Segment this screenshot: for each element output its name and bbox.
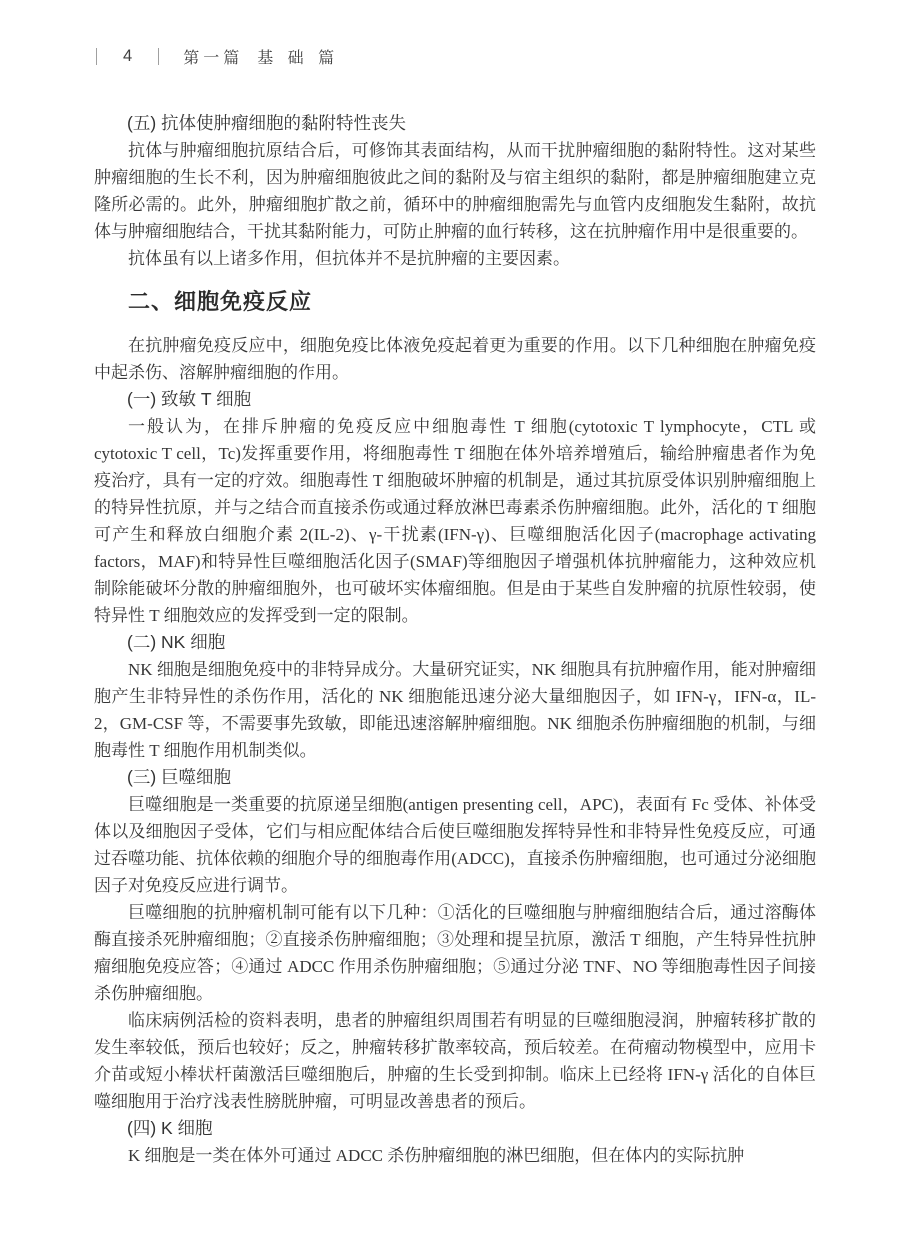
body-paragraph: 临床病例活检的资料表明，患者的肿瘤组织周围若有明显的巨噬细胞浸润，肿瘤转移扩散的… bbox=[94, 1007, 816, 1115]
page-number: 4 bbox=[123, 47, 132, 66]
body-paragraph: 抗体与肿瘤细胞抗原结合后，可修饰其表面结构，从而干扰肿瘤细胞的黏附特性。这对某些… bbox=[94, 137, 816, 245]
section-subheading-1-sensitized-t-cell: (一) 致敏 T 细胞 bbox=[94, 386, 816, 413]
page-content: (五) 抗体使肿瘤细胞的黏附特性丧失 抗体与肿瘤细胞抗原结合后，可修饰其表面结构… bbox=[94, 110, 816, 1169]
textbook-page: 4 第一篇 基 础 篇 (五) 抗体使肿瘤细胞的黏附特性丧失 抗体与肿瘤细胞抗原… bbox=[0, 0, 900, 1245]
part-label: 第一篇 bbox=[183, 45, 243, 68]
header-divider-left bbox=[96, 48, 97, 65]
body-paragraph: 巨噬细胞的抗肿瘤机制可能有以下几种：①活化的巨噬细胞与肿瘤细胞结合后，通过溶酶体… bbox=[94, 899, 816, 1007]
page-header: 4 第一篇 基 础 篇 bbox=[96, 46, 816, 66]
body-paragraph: K 细胞是一类在体外可通过 ADCC 杀伤肿瘤细胞的淋巴细胞，但在体内的实际抗肿 bbox=[94, 1142, 816, 1169]
header-divider-right bbox=[158, 48, 159, 65]
section-subheading-4-k-cell: (四) K 细胞 bbox=[94, 1115, 816, 1142]
body-paragraph: 巨噬细胞是一类重要的抗原递呈细胞(antigen presenting cell… bbox=[94, 791, 816, 899]
body-paragraph: 抗体虽有以上诸多作用，但抗体并不是抗肿瘤的主要因素。 bbox=[94, 245, 816, 272]
body-paragraph: NK 细胞是细胞免疫中的非特异成分。大量研究证实，NK 细胞具有抗肿瘤作用，能对… bbox=[94, 656, 816, 764]
part-title: 基 础 篇 bbox=[257, 45, 339, 68]
body-paragraph: 一般认为，在排斥肿瘤的免疫反应中细胞毒性 T 细胞(cytotoxic T ly… bbox=[94, 413, 816, 629]
body-paragraph: 在抗肿瘤免疫反应中，细胞免疫比体液免疫起着更为重要的作用。以下几种细胞在肿瘤免疫… bbox=[94, 332, 816, 386]
section-subheading-3-macrophage: (三) 巨噬细胞 bbox=[94, 764, 816, 791]
section-subheading-2-nk-cell: (二) NK 细胞 bbox=[94, 629, 816, 656]
section-heading-cellular-immunity: 二、细胞免疫反应 bbox=[94, 286, 816, 318]
section-subheading-5-antibody-adhesion: (五) 抗体使肿瘤细胞的黏附特性丧失 bbox=[94, 110, 816, 137]
